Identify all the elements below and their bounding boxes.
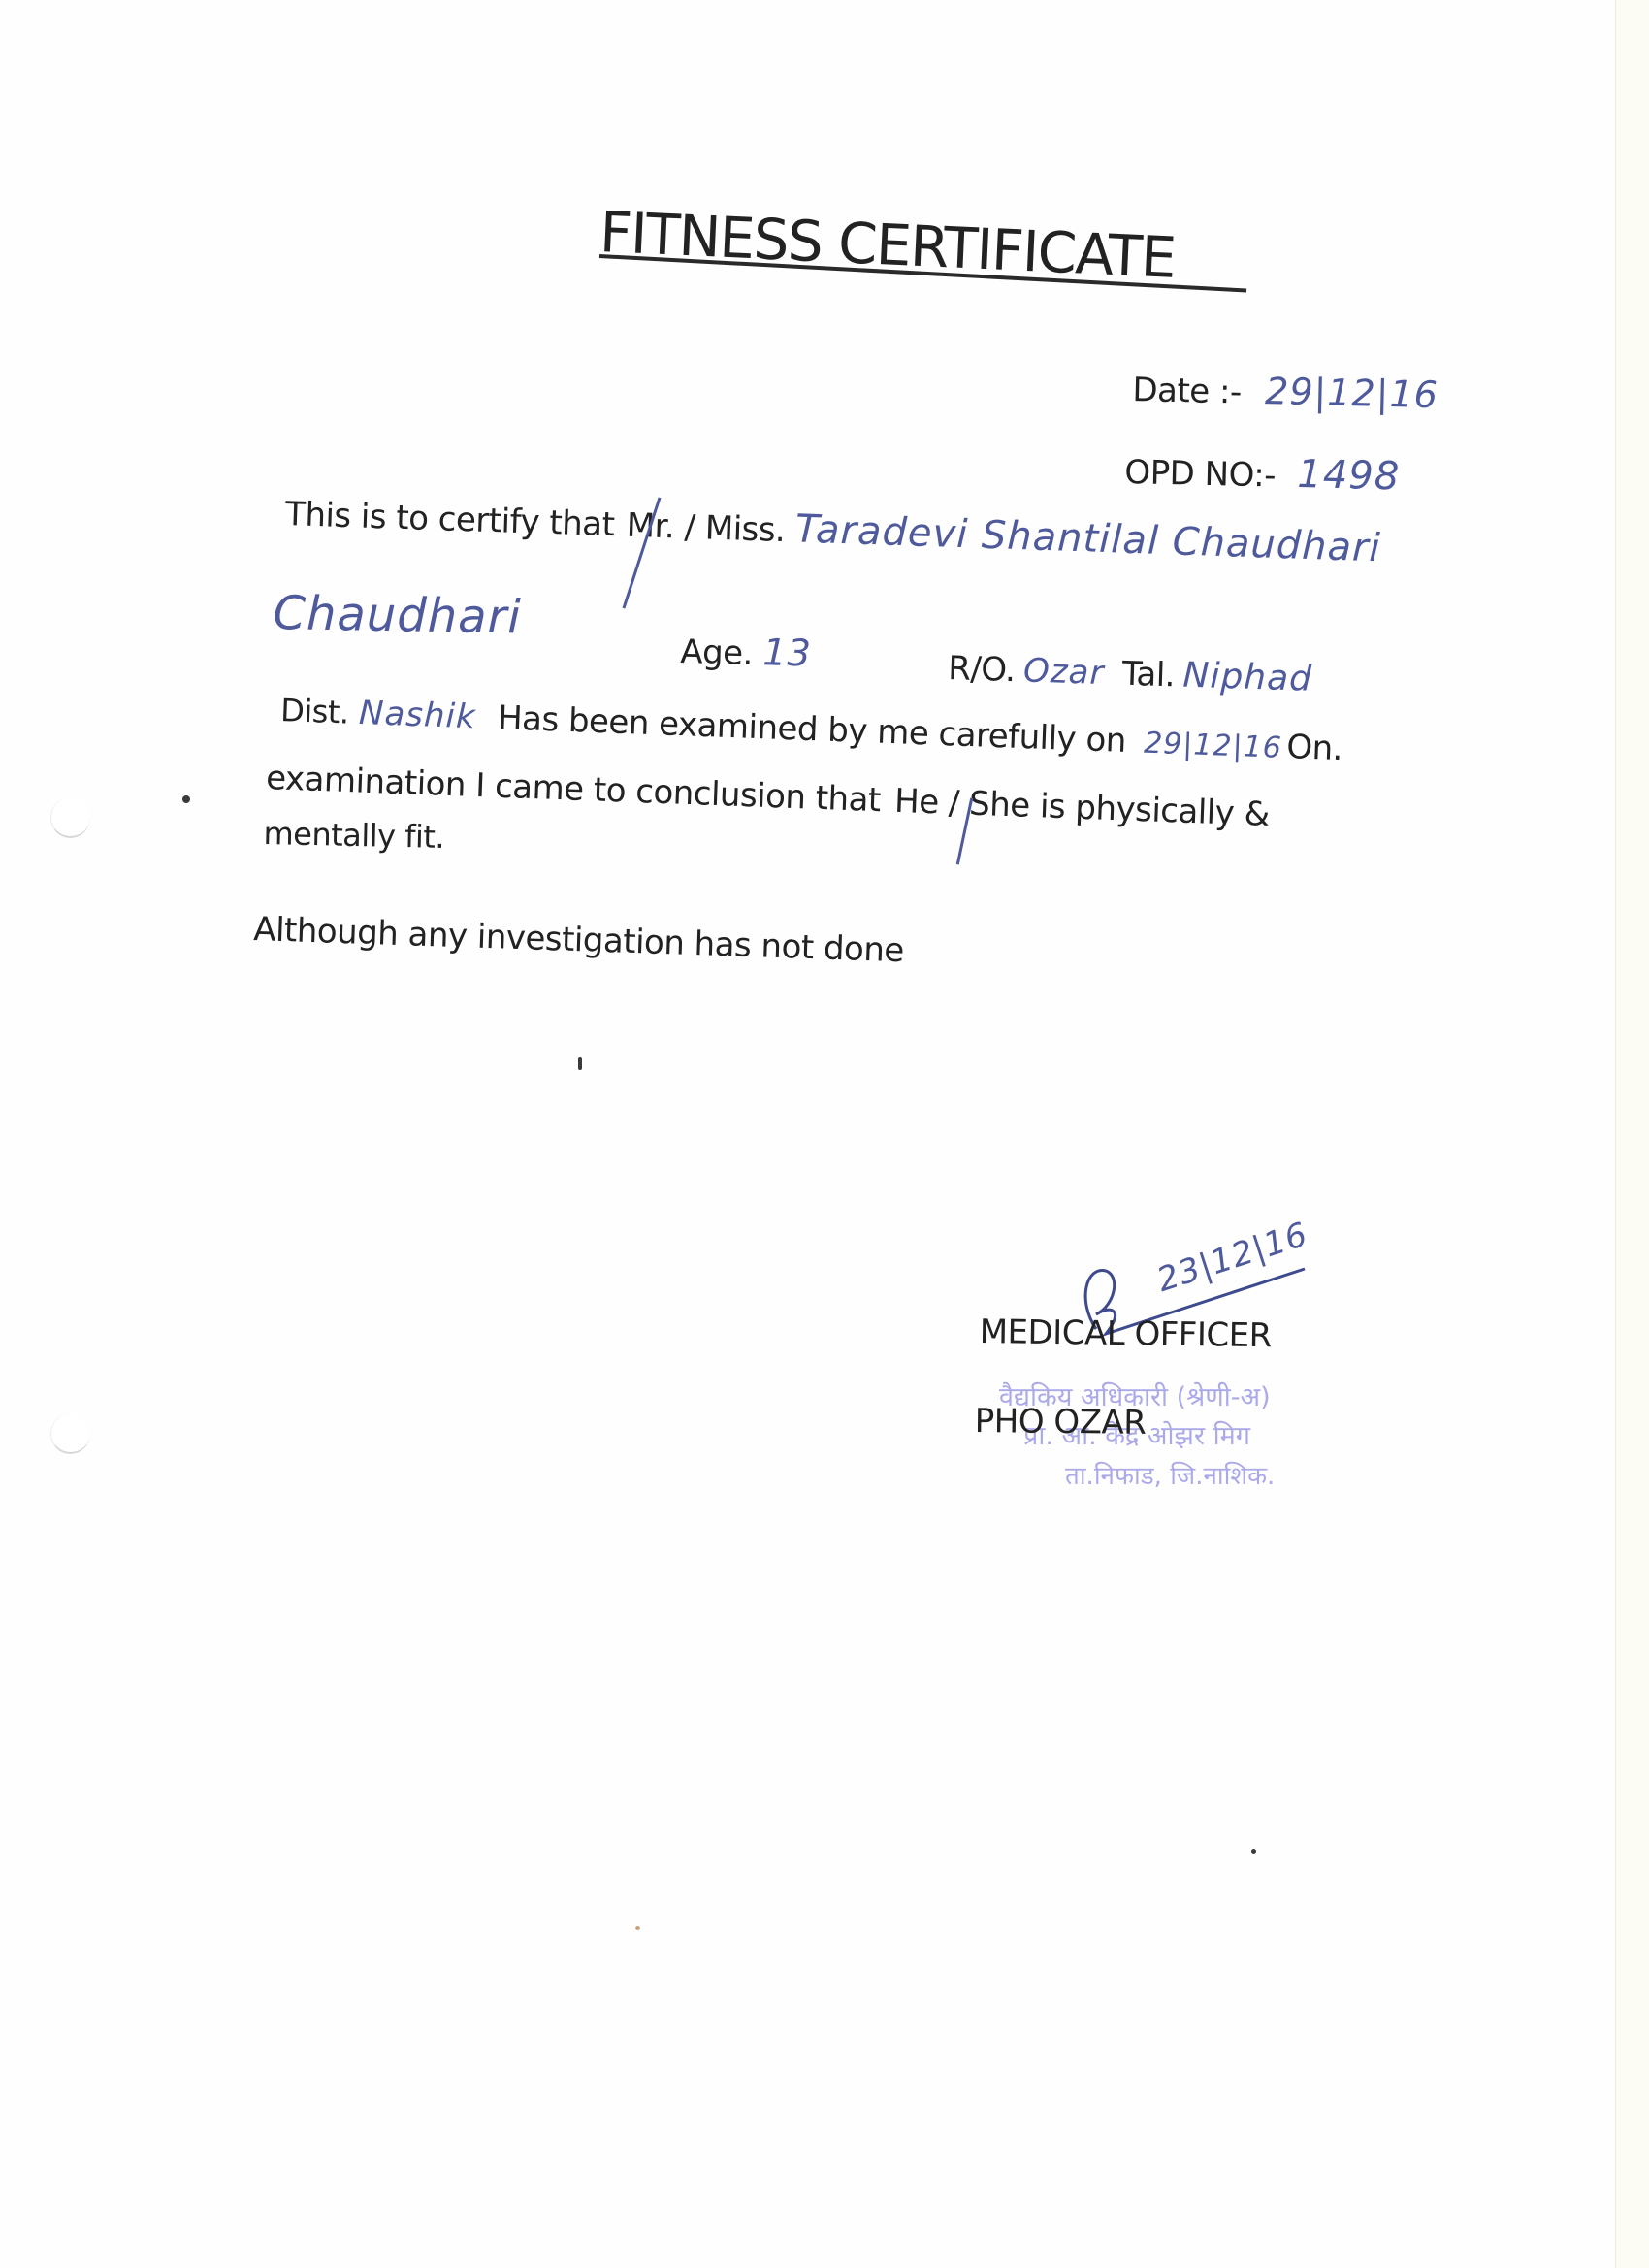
date-row: Date :- 29|12|16 [1132,367,1439,416]
office-name: PHO OZAR [975,1402,1147,1442]
exam-date-value: 29|12|16 [1144,727,1283,765]
age-field: Age. 13 [680,629,812,675]
on-text: On. [1286,728,1343,768]
patient-name-line2: Chaudhari [273,586,522,644]
age-value: 13 [762,631,812,674]
opd-row: OPD NO:- 1498 [1124,448,1401,499]
scan-speck [578,1057,582,1070]
punch-hole-bottom [50,1413,90,1454]
officer-title: MEDICAL OFFICER [979,1312,1272,1355]
mentally-fit-text: mentally fit. [263,815,444,856]
scanned-page [0,0,1615,2268]
scan-speck [182,795,190,803]
punch-hole-top [50,797,90,838]
residence-value: Ozar [1022,651,1105,693]
residence-label: R/O. [948,649,1017,690]
stamp-line3: ता.निफाड, जि.नाशिक. [1065,1457,1275,1492]
taluka-value: Niphad [1182,656,1313,699]
scan-speck [1251,1849,1256,1854]
date-label: Date :- [1132,371,1242,412]
opd-label: OPD NO:- [1124,453,1276,496]
taluka-label: Tal. [1121,655,1175,696]
opd-value: 1498 [1297,452,1401,499]
district-label: Dist. [280,692,350,731]
scan-speck [635,1926,640,1930]
date-value: 29|12|16 [1265,370,1439,416]
age-label: Age. [680,632,754,673]
district-value: Nashik [358,694,476,736]
page-edge [1615,0,1649,2268]
